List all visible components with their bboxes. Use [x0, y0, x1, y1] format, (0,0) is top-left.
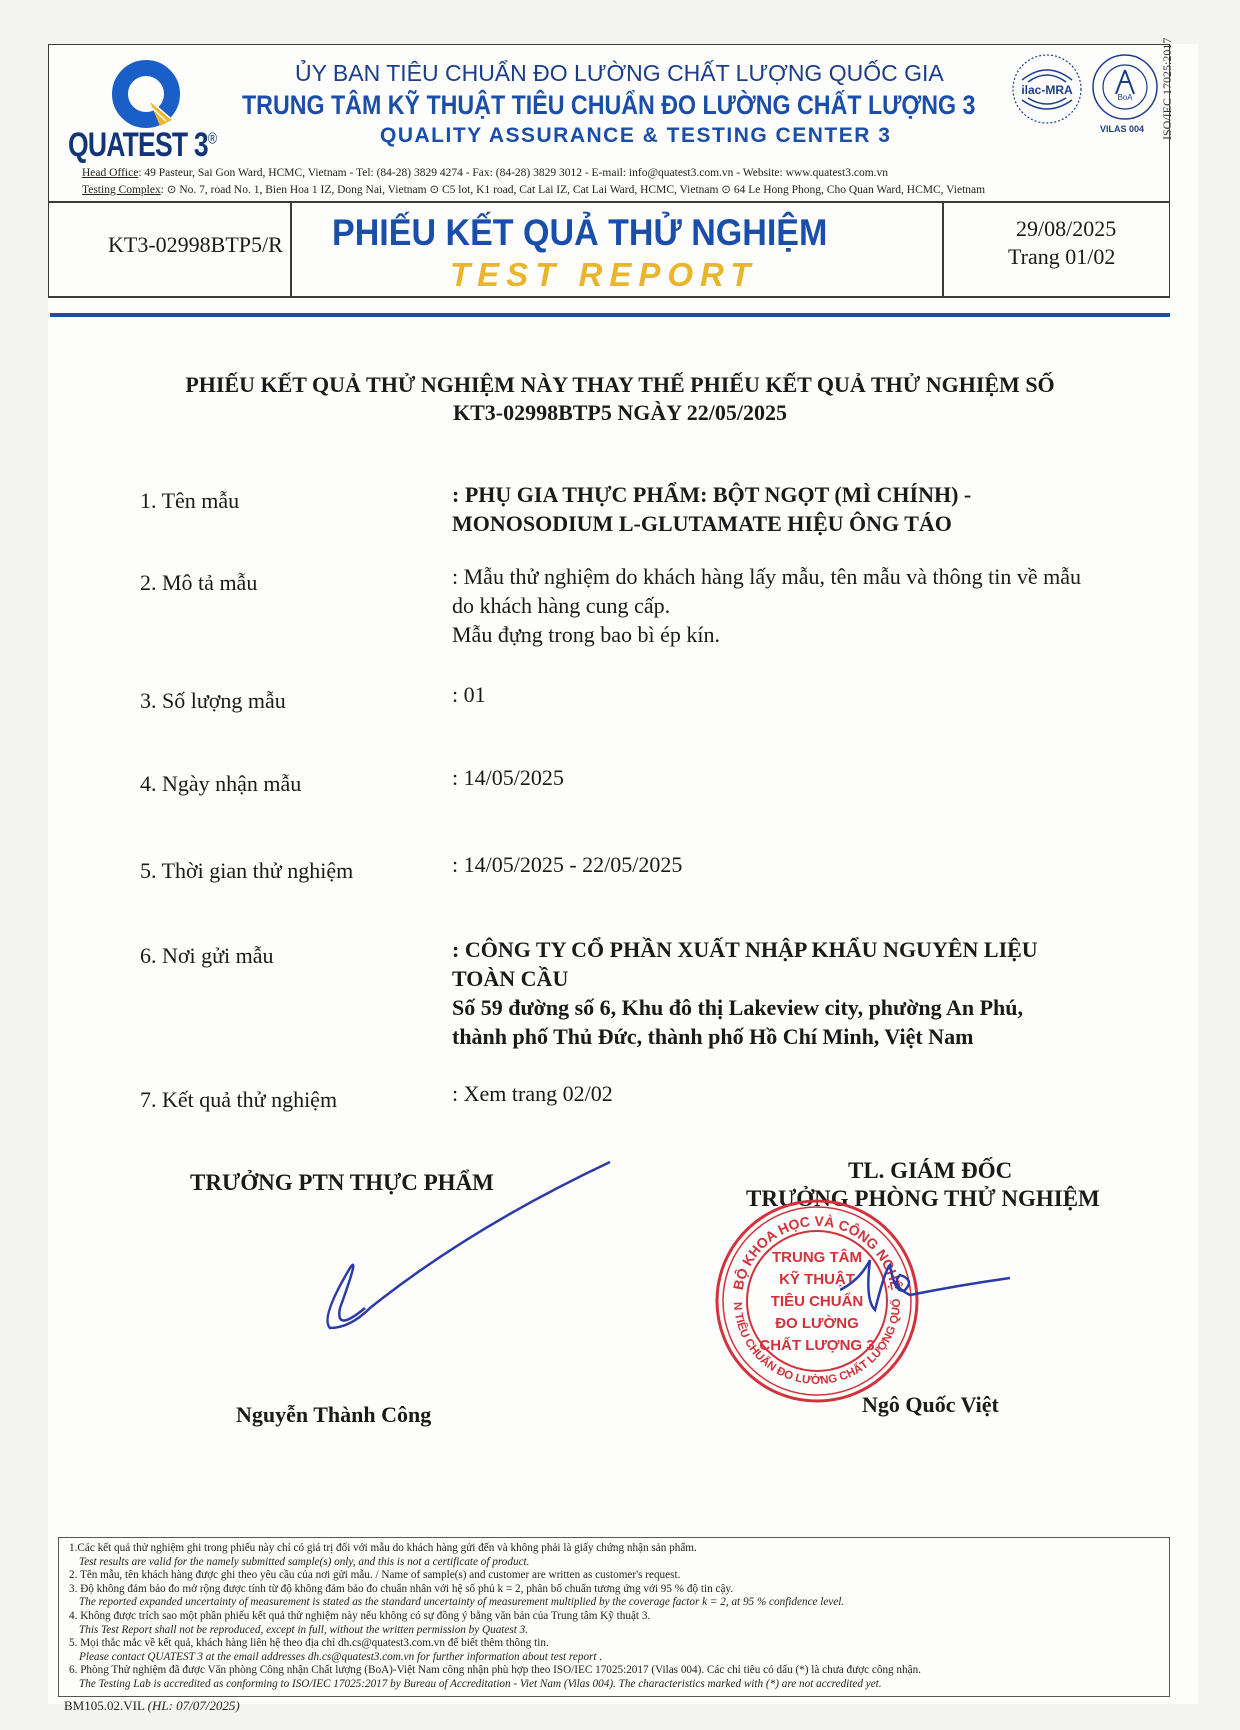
- header-divider: [48, 201, 1170, 203]
- report-number: KT3-02998BTP5/R: [108, 232, 283, 258]
- quatest-logo-icon: [110, 58, 182, 130]
- footnotes-box: 1.Các kết quả thử nghiệm ghi trong phiếu…: [58, 1537, 1170, 1697]
- field-value: thành phố Thủ Đức, thành phố Hồ Chí Minh…: [452, 1022, 973, 1051]
- report-title-vn: PHIẾU KẾT QUẢ THỬ NGHIỆM: [332, 212, 827, 254]
- replacement-notice-line1: PHIẾU KẾT QUẢ THỬ NGHIỆM NÀY THAY THẾ PH…: [0, 372, 1240, 398]
- field-label: 1. Tên mẫu: [140, 488, 239, 514]
- field-value: TOÀN CẦU: [452, 964, 568, 993]
- right-signatory-title1: TL. GIÁM ĐỐC: [848, 1158, 1012, 1184]
- left-signatory-name: Nguyễn Thành Công: [236, 1402, 431, 1428]
- field-value: : PHỤ GIA THỰC PHẨM: BỘT NGỌT (MÌ CHÍNH)…: [452, 480, 971, 509]
- footnote-line: This Test Report shall not be reproduced…: [79, 1624, 528, 1636]
- report-date: 29/08/2025: [1016, 216, 1116, 242]
- left-signature-icon: [310, 1158, 620, 1338]
- footnote-line: 3. Độ không đảm bảo đo mở rộng được tính…: [69, 1583, 733, 1595]
- center-name-en: QUALITY ASSURANCE & TESTING CENTER 3: [380, 124, 891, 148]
- footnote-line: 2. Tên mẫu, tên khách hàng được ghi theo…: [69, 1569, 680, 1581]
- ministry-name: ỦY BAN TIÊU CHUẨN ĐO LƯỜNG CHẤT LƯỢNG QU…: [295, 60, 944, 87]
- footnote-line: The Testing Lab is accredited as conform…: [79, 1678, 882, 1690]
- footnote-line: Please contact QUATEST 3 at the email ad…: [79, 1651, 602, 1663]
- field-label: 3. Số lượng mẫu: [140, 688, 286, 714]
- iso-standard: ISO/IEC 17025:2017: [1160, 38, 1175, 140]
- blue-title-bar: [50, 313, 1170, 317]
- page-number: Trang 01/02: [1008, 244, 1115, 270]
- footnote-line: The reported expanded uncertainty of mea…: [79, 1596, 844, 1608]
- boa-accreditation-icon: BoA: [1090, 52, 1160, 122]
- field-value: : Xem trang 02/02: [452, 1079, 613, 1108]
- field-value: Số 59 đường số 6, Khu đô thị Lakeview ci…: [452, 993, 1023, 1022]
- quatest-logo: QUATEST 3®: [68, 56, 248, 166]
- replacement-notice-line2: KT3-02998BTP5 NGÀY 22/05/2025: [0, 400, 1240, 426]
- svg-text:CHẤT LƯỢNG 3: CHẤT LƯỢNG 3: [759, 1337, 874, 1354]
- title-bottom-divider: [48, 296, 1170, 298]
- field-value: : 01: [452, 680, 486, 709]
- report-title-en: TEST REPORT: [450, 256, 757, 294]
- field-label: 2. Mô tả mẫu: [140, 570, 257, 596]
- field-label: 7. Kết quả thử nghiệm: [140, 1087, 337, 1113]
- field-value: MONOSODIUM L-GLUTAMATE HIỆU ÔNG TÁO: [452, 509, 952, 538]
- field-value: Mẫu đựng trong bao bì ép kín.: [452, 620, 720, 649]
- footnote-line: 6. Phòng Thử nghiệm đã được Văn phòng Cô…: [69, 1664, 921, 1676]
- title-cell-divider-left: [290, 201, 292, 297]
- right-signature-icon: [840, 1250, 1020, 1320]
- head-office-address: Head Office: 49 Pasteur, Sai Gon Ward, H…: [82, 167, 888, 179]
- center-name-vn: TRUNG TÂM KỸ THUẬT TIÊU CHUẨN ĐO LƯỜNG C…: [242, 90, 975, 121]
- field-value: : Mẫu thử nghiệm do khách hàng lấy mẫu, …: [452, 562, 1081, 591]
- footnote-line: 1.Các kết quả thử nghiệm ghi trong phiếu…: [69, 1542, 697, 1554]
- right-signatory-name: Ngô Quốc Việt: [862, 1392, 999, 1418]
- field-label: 6. Nơi gửi mẫu: [140, 943, 274, 969]
- ilac-mra-icon: ilac-MRA: [1010, 52, 1084, 126]
- footnote-line: 4. Không được trích sao một phần phiếu k…: [69, 1610, 650, 1622]
- field-label: 4. Ngày nhận mẫu: [140, 771, 301, 797]
- testing-complex-address: Testing Complex: ⊙ No. 7, road No. 1, Bi…: [82, 182, 985, 196]
- field-value: : CÔNG TY CỔ PHẦN XUẤT NHẬP KHẨU NGUYÊN …: [452, 935, 1038, 964]
- footnote-line: 5. Mọi thắc mắc về kết quả, khách hàng l…: [69, 1637, 549, 1649]
- field-label: 5. Thời gian thử nghiệm: [140, 858, 353, 884]
- form-code: BM105.02.VIL (HL: 07/07/2025): [64, 1698, 240, 1714]
- footnote-line: Test results are valid for the namely su…: [79, 1556, 529, 1568]
- logo-wordmark: QUATEST 3®: [68, 126, 216, 165]
- svg-text:BoA: BoA: [1117, 93, 1133, 102]
- title-cell-divider-right: [942, 201, 944, 297]
- field-value: : 14/05/2025: [452, 763, 564, 792]
- field-value: do khách hàng cung cấp.: [452, 591, 670, 620]
- vilas-code: VILAS 004: [1100, 124, 1144, 134]
- field-value: : 14/05/2025 - 22/05/2025: [452, 850, 682, 879]
- svg-text:ilac-MRA: ilac-MRA: [1021, 83, 1073, 97]
